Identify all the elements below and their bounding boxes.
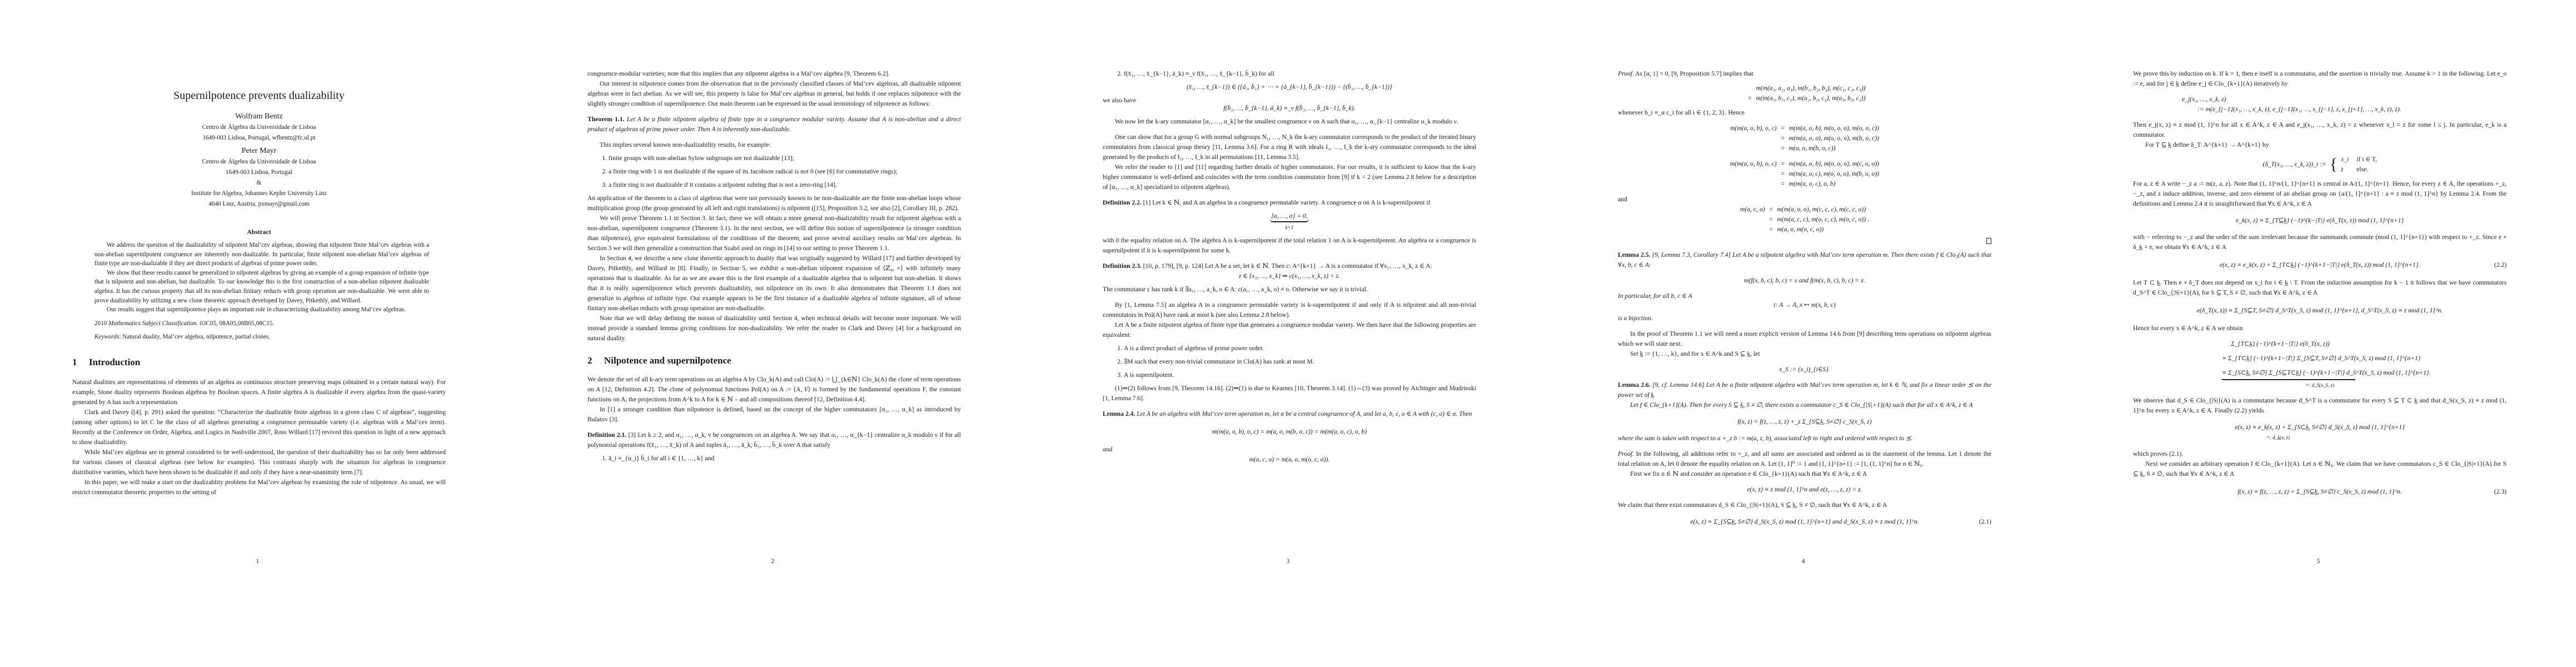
theorem-1-1: Theorem 1.1. Let A be a finite nilpotent…: [587, 115, 961, 135]
case-condition: else.: [2356, 165, 2377, 175]
proof-paragraph: Proof. In the following, all additions r…: [1618, 449, 1991, 469]
case-condition: if i ∈ T,: [2356, 155, 2377, 165]
body-paragraph: Let A be a finite nilpotent algebra of f…: [1103, 320, 1476, 340]
equation-text: e(x, z) ≡ Σ_{S⊆k̲, S≠∅} d_S(x_S, z) mod …: [1690, 518, 1919, 525]
lemma-text: [9, cf. Lemma 14.6] Let A be a finite ni…: [1618, 381, 1991, 399]
body-text: and: [1618, 195, 1991, 205]
body-paragraph: In this paper, we will make a start on t…: [72, 477, 446, 497]
qed-icon: [1986, 238, 1991, 244]
body-text: where the sum is taken with respect to a…: [1618, 434, 1991, 444]
equation-row: ≡ Σ_{T⊂k̲} (−1)^{k+1−|T|} Σ_{S⊆T, S≠∅} d…: [2222, 354, 2507, 364]
page-5: We prove this by induction on k. If k = …: [2061, 0, 2576, 667]
equation: f(x, z) = f(z, …, z, z) +_z Σ_{S⊆k̲, S≠∅…: [1618, 417, 1991, 427]
body-paragraph: In Section 4, we describe a new clone th…: [587, 253, 961, 313]
page-1-content: Supernilpotence prevents dualizability W…: [72, 89, 446, 497]
section-title: Nilpotence and supernilpotence: [604, 355, 731, 366]
aligned-equation: m(m(a, o, b), o, c)=m(m(a, o, b), m(o, o…: [1618, 123, 1991, 153]
body-paragraph: We now let the k-ary commutator [α₁, …, …: [1103, 117, 1476, 127]
equation-row: m(m(a₁, b₁, c₁), m(a₂, b₂, c₂), m(a₃, b₃…: [1756, 93, 1865, 103]
equation: z ∈ {x₁, …, x_k} ⇒ c(x₁, …, x_k, z) = z.: [1103, 271, 1476, 281]
lemma-2-6: Lemma 2.6. [9, cf. Lemma 14.6] Let A be …: [1618, 380, 1991, 400]
body-paragraph: Our interest in nilpotence comes from th…: [587, 79, 961, 109]
equation-row: Σ_{T⊂k̲} (−1)^{k+1−|T|} e(δ_T(x, z)): [2222, 339, 2507, 349]
page-number: 1: [0, 558, 515, 565]
body-paragraph: We observe that d_S ∈ Clo_{|S|}(A) is a …: [2133, 396, 2507, 416]
author-name: Wolfram Bentz: [72, 111, 446, 122]
equation: m(m(a, o, b), o, c) = m(a, o, m(b, o, c)…: [1103, 427, 1476, 437]
equation: f(b̄₁, …, b̄_{k−1}, ā_k) ≡_ν f(b̄₁, …, b…: [1103, 103, 1476, 113]
equation: e_k(x, z) ≡ Σ_{T⊆k̲} (−1)^{k−|T|} e(δ_T(…: [2133, 216, 2507, 226]
equation-row: m(a, o, m(o, c, o)): [1777, 225, 1869, 235]
abstract-paragraph: We address the question of the dualizabi…: [94, 241, 429, 268]
equation-number: (2.2): [2494, 260, 2507, 270]
lemma-label: Lemma 2.6.: [1618, 381, 1651, 389]
list-item: ā_i ≡_{α_i} b̄_i for all i ∈ {1, …, k} a…: [609, 454, 961, 464]
definition-text: [3] Let k ≥ 2, and α₁, …, α_k, ν be cong…: [587, 431, 961, 449]
aligned-equation: m(m(a, o, b), o, c)=m(m(a, o, b), m(o, o…: [1618, 159, 1991, 189]
definition-2-1: Definition 2.1. [3] Let k ≥ 2, and α₁, ……: [587, 430, 961, 450]
underbrace-label: k+1: [1103, 222, 1476, 232]
abstract-heading: Abstract: [72, 227, 446, 237]
list-item: a finite ring with 1 is not dualizable i…: [609, 167, 961, 177]
equation-row: m(m(a, o, b), m(o, o, o), m(c, o, o)): [1789, 159, 1879, 169]
equation-row: ≡ Σ_{S⊂k̲, S≠∅} Σ_{S⊆T⊂k̲} (−1)^{k+1−|T|…: [2222, 368, 2507, 378]
lemma-text: [9, Lemma 7.3, Corollary 7.4] Let A be a…: [1618, 251, 1991, 268]
equation-row: m(m(a, o, o), m(o, o, o), m(b, o, c)): [1789, 133, 1879, 143]
body-paragraph: Note that we will delay defining the not…: [587, 313, 961, 344]
body-paragraph: We refer the reader to [1] and [11] rega…: [1103, 162, 1476, 192]
author-affiliation: Centro de Álgebra da Universidade de Lis…: [72, 122, 446, 133]
body-paragraph: In [1] a stronger condition than nilpote…: [587, 405, 961, 425]
equation: f(x, z) ≡ f(z, …, z, z) + Σ_{S⊆k̲, S≠∅} …: [2133, 487, 2507, 497]
equation-text: [α, …, α] = 0,: [1271, 212, 1307, 220]
lemma-2-5: Lemma 2.5. [9, Lemma 7.3, Corollary 7.4]…: [1618, 250, 1991, 270]
case-value: x_i: [2341, 155, 2349, 165]
underbrace: [α, …, α] = 0,: [1270, 211, 1308, 222]
lemma-text: Let f ∈ Clo_{k+1}(A). Then for every S ⊆…: [1618, 400, 1991, 410]
page-2: congruence-modular varieties; note that …: [515, 0, 1030, 667]
body-paragraph: (1)⇒(2) follows from [9, Theorem 14.16].…: [1103, 384, 1476, 404]
lemma-label: Lemma 2.5.: [1618, 251, 1650, 258]
page-1: Supernilpotence prevents dualizability W…: [0, 0, 515, 667]
body-text: which proves (2.1).: [2133, 449, 2507, 459]
keywords-line: Keywords: Natural duality, Mal’cev algeb…: [94, 332, 429, 342]
section-heading: 1Introduction: [72, 356, 446, 369]
equation-row: m(m(a, o, b), m(o, o, o), m(o, o, c)): [1789, 123, 1879, 133]
author-name: Peter Mayr: [72, 146, 446, 157]
equation-number: (2.1): [1979, 517, 1991, 527]
body-paragraph: While Mal’cev algebras are in general co…: [72, 447, 446, 477]
body-paragraph: An application of the theorem to a class…: [587, 193, 961, 213]
equation-text: e(x, z) ≡ e_k(x, z) + Σ_{S⊂k̲, S≠∅} d_S(…: [2235, 424, 2405, 431]
body-paragraph: By [1, Lemma 7.5] an algebra A in a cong…: [1103, 300, 1476, 320]
definition-label: Definition 2.1.: [587, 431, 626, 439]
lemma-label: Lemma 2.4.: [1103, 410, 1135, 417]
proof-text: As [α, 1] = 0, [9, Proposition 5.7] impl…: [1635, 70, 1753, 77]
author-affiliation: &: [72, 178, 446, 188]
equation-lhs: (δ_T(x₁, …, x_k, z))_i :=: [2263, 160, 2326, 170]
page-4-content: Proof. As [α, 1] = 0, [9, Proposition 5.…: [1618, 69, 1991, 534]
body-text: whenever b_i ≡_α c_i for all i ∈ {1, 2, …: [1618, 108, 1991, 118]
equation: m(f(x, b, c), b, c) = x and f(m(x, b, c)…: [1618, 276, 1991, 286]
page-number: 4: [1546, 558, 2061, 565]
equation-row: m(m(a, c, c), m(o, c, c), m(o, c, o)) .: [1777, 215, 1869, 225]
equation-row: m(a, o, m(b, o, c)): [1789, 143, 1879, 153]
equation: m(a, c, o) = m(a, o, m(o, c, o)).: [1103, 455, 1476, 465]
equation: e(δ_T(x, z)) ≡ Σ_{S⊆T, S≠∅} d_S^T(x_S, z…: [2133, 306, 2507, 316]
proof-label: Proof.: [1618, 70, 1634, 77]
paper-title: Supernilpotence prevents dualizability: [72, 89, 446, 102]
body-paragraph: We will prove Theorem 1.1 in Section 3. …: [587, 213, 961, 253]
definition-text: [10, p. 179], [9, p. 124] Let A be a set…: [1143, 262, 1432, 270]
underbrace-label: =: d_S(x_S, z): [2222, 379, 2355, 390]
abstract-paragraph: We show that these results cannot be gen…: [94, 268, 429, 305]
page-number: 3: [1030, 558, 1546, 565]
definition-text: [1] Let k ∈ ℕ, and A an algebra in a con…: [1143, 199, 1431, 206]
lemma-text: Let A be an algebra with Mal’cev term op…: [1137, 410, 1472, 417]
proof-intro: Proof. As [α, 1] = 0, [9, Proposition 5.…: [1618, 69, 1991, 79]
page-number: 2: [515, 558, 1030, 565]
equation: x_S := (x_i)_{i∈S}.: [1618, 365, 1991, 375]
body-paragraph: with − referring to −_z and the order of…: [2133, 232, 2507, 252]
list-item: a finite ring is not dualizable if it co…: [609, 180, 961, 190]
keywords-label: Keywords: [94, 333, 119, 340]
msc-label: Mathematics Subject Classification.: [108, 320, 198, 327]
list-item: A is a direct product of algebras of pri…: [1124, 344, 1476, 354]
body-paragraph: Clark and Davey ([4], p. 291) asked the …: [72, 407, 446, 447]
equation-row: m(m(a, o, c), o, b): [1789, 179, 1879, 189]
theorem-label: Theorem 1.1.: [587, 116, 625, 123]
equation-number: (2.3): [2494, 487, 2507, 497]
equation-rhs: := m(e_{j−1}(x₁, …, x_k, z), e_{j−1}(x₁,…: [2182, 104, 2507, 115]
equation: e(x, z) ≡ z mod (1, 1]^n and e(z, …, z, …: [1618, 485, 1991, 495]
body-paragraph: One can show that for a group G with nor…: [1103, 132, 1476, 162]
proof-label: Proof.: [1618, 450, 1634, 457]
equation-row: m(m(a₁, a₂, a₃), m(b₁, b₂, b₃), m(c₁, c₂…: [1756, 83, 1865, 93]
body-paragraph: In the proof of Theorem 1.1 we will need…: [1618, 329, 1991, 349]
body-text: is a bijection.: [1618, 313, 1991, 323]
definition-label: Definition 2.3.: [1103, 262, 1142, 270]
equation-lhs: m(a, c, o): [1740, 205, 1765, 215]
msc-year: 2010: [94, 320, 107, 327]
body-text: and: [1103, 445, 1476, 455]
list-item: ∃M such that every non-trivial commutato…: [1124, 357, 1476, 367]
msc-codes: 03C05, 08A05,08B05,08C15.: [200, 320, 274, 327]
equation-text: f(x, z) ≡ f(z, …, z, z) + Σ_{S⊆k̲, S≠∅} …: [2238, 488, 2402, 495]
page-5-content: We prove this by induction on k. If k = …: [2133, 69, 2507, 505]
lemma-2-4: Lemma 2.4. Let A be an algebra with Mal’…: [1103, 409, 1476, 419]
author-affiliation: 4040 Linz, Austria, pxmayr@gmail.com: [72, 199, 446, 210]
definition-conditions: ā_i ≡_{α_i} b̄_i for all i ∈ {1, …, k} a…: [587, 454, 961, 464]
author-affiliation: Institute for Algebra, Johannes Kepler U…: [72, 188, 446, 199]
equation-text: e(x, z) ≡ e_k(x, z) + Σ_{T⊂k̲} (−1)^{k+1…: [2220, 261, 2420, 268]
abstract-paragraph: Our results suggest that supernilpotence…: [94, 305, 429, 315]
section-heading: 2Nilpotence and supernilpotence: [587, 355, 961, 367]
section-number: 2: [587, 355, 604, 367]
equation: (x̄₁, …, x̄_{k−1}) ∈ ({ā₁, b̄₁} × ⋯ × {ā…: [1103, 82, 1476, 92]
equation: e(x, z) ≡ e_k(x, z) + Σ_{S⊂k̲, S≠∅} d_S(…: [2133, 422, 2507, 442]
body-paragraph: Let T ⊂ k̲. Then e ∘ δ_T does not depend…: [2133, 278, 2507, 298]
list-item: A is supernilpotent.: [1124, 370, 1476, 380]
aligned-equation: m(a, c, o)=m(m(a, o, o), m(c, c, c), m(c…: [1618, 205, 1991, 235]
results-list: finite groups with non-abelian Sylow sub…: [587, 153, 961, 190]
page-2-content: congruence-modular varieties; note that …: [587, 69, 961, 467]
equation: (δ_T(x₁, …, x_k, z))_i := { x_iif i ∈ T,…: [2133, 155, 2507, 175]
definition-label: Definition 2.2.: [1103, 199, 1142, 206]
case-value: z: [2341, 165, 2349, 175]
equation: t: A → A, x ↦ m(x, b, c): [1618, 300, 1991, 310]
body-paragraph: The commutator c has rank k if ∃a₁, …, a…: [1103, 285, 1476, 295]
equation: e(x, z) ≡ Σ_{S⊆k̲, S≠∅} d_S(x_S, z) mod …: [1618, 517, 1991, 527]
body-paragraph: For a, z ∈ A write −_z a := m(z, a, z). …: [2133, 179, 2507, 209]
definition-conditions: f(x̄₁, …, x̄_{k−1}, ā_k) ≡_ν f(x̄₁, …, x…: [1103, 69, 1476, 79]
body-paragraph: We prove this by induction on k. If k = …: [2133, 69, 2507, 89]
equation-row: m(m(a, o, o), m(c, c, c), m(c, c, o)): [1777, 205, 1869, 215]
underbrace-label: =: d_k̲(x, z): [2133, 432, 2423, 442]
page-3: f(x̄₁, …, x̄_{k−1}, ā_k) ≡_ν f(x̄₁, …, x…: [1030, 0, 1546, 667]
body-paragraph: Set k̲ := {1, …, k}, and for x ∈ A^k and…: [1618, 349, 1991, 359]
page-3-content: f(x̄₁, …, x̄_{k−1}, ā_k) ≡_ν f(x̄₁, …, x…: [1103, 69, 1476, 468]
list-item: f(x̄₁, …, x̄_{k−1}, ā_k) ≡_ν f(x̄₁, …, x…: [1124, 69, 1476, 79]
equation: e_j(x₁, …, x_k, z) := m(e_{j−1}(x₁, …, x…: [2133, 94, 2507, 115]
author-affiliation: 1649-003 Lisboa, Portugal: [72, 167, 446, 178]
definition-2-3: Definition 2.3. [10, p. 179], [9, p. 124…: [1103, 261, 1476, 271]
body-text: Hence for every x ∈ A^k, z ∈ A we obtain: [2133, 323, 2507, 333]
equivalence-list: A is a direct product of algebras of pri…: [1103, 344, 1476, 380]
equation-lhs: m(m(a, o, b), o, c): [1730, 159, 1777, 169]
body-paragraph: Natural dualities are representations of…: [72, 377, 446, 407]
equation-row: m(m(a, o, c), m(o, o, o), m(b, o, o)): [1789, 169, 1879, 179]
equation: e(x, z) ≡ e_k(x, z) + Σ_{T⊂k̲} (−1)^{k+1…: [2133, 260, 2507, 270]
keywords: : Natural duality, Mal’cev algebra, nilp…: [119, 333, 270, 340]
body-paragraph: For T ⊆ k̲ define δ_T: A^{k+1} → A^{k+1}…: [2133, 140, 2507, 150]
list-item: finite groups with non-abelian Sylow sub…: [609, 153, 961, 163]
body-paragraph: This implies several known non-dualizabi…: [587, 140, 961, 150]
body-paragraph: First we fix n ∈ ℕ and consider an opera…: [1618, 469, 1991, 479]
equation-lhs: e_j(x₁, …, x_k, z): [2182, 94, 2507, 104]
body-paragraph: with 0 the equality relation on A. The a…: [1103, 236, 1476, 256]
body-paragraph: We denote the set of all k-ary term oper…: [587, 375, 961, 405]
equation-lhs: m(m(a, o, b), o, c): [1730, 123, 1777, 133]
msc-line: 2010 Mathematics Subject Classification.…: [94, 319, 429, 328]
section-number: 1: [72, 356, 89, 369]
author-affiliation: 1649-003 Lisboa, Portugal, wfbentz@fc.ul…: [72, 133, 446, 143]
equation-chain: Σ_{T⊂k̲} (−1)^{k+1−|T|} e(δ_T(x, z)) ≡ Σ…: [2133, 339, 2507, 390]
proof-text: In the following, all additions refer to…: [1618, 450, 1991, 467]
page-number: 5: [2061, 558, 2576, 565]
body-paragraph: We claim that there exist commutators d_…: [1618, 500, 1991, 510]
aligned-equation: m(m(a₁, a₂, a₃), m(b₁, b₂, b₃), m(c₁, c₂…: [1618, 83, 1991, 103]
definition-2-2: Definition 2.2. [1] Let k ∈ ℕ, and A an …: [1103, 198, 1476, 208]
author-affiliation: Centro de Álgebra da Universidade de Lis…: [72, 157, 446, 167]
body-paragraph: Then e_j(x, z) ≡ z mod (1, 1]^n for all …: [2133, 120, 2507, 140]
abstract: We address the question of the dualizabi…: [72, 241, 446, 342]
equation: [α, …, α] = 0, k+1: [1103, 211, 1476, 232]
body-paragraph: Next we consider an arbitrary operation …: [2133, 459, 2507, 479]
section-title: Introduction: [89, 357, 140, 367]
page-4: Proof. As [α, 1] = 0, [9, Proposition 5.…: [1546, 0, 2061, 667]
theorem-text: Let A be a finite nilpotent algebra of f…: [587, 116, 961, 133]
body-paragraph: congruence-modular varieties; note that …: [587, 69, 961, 79]
